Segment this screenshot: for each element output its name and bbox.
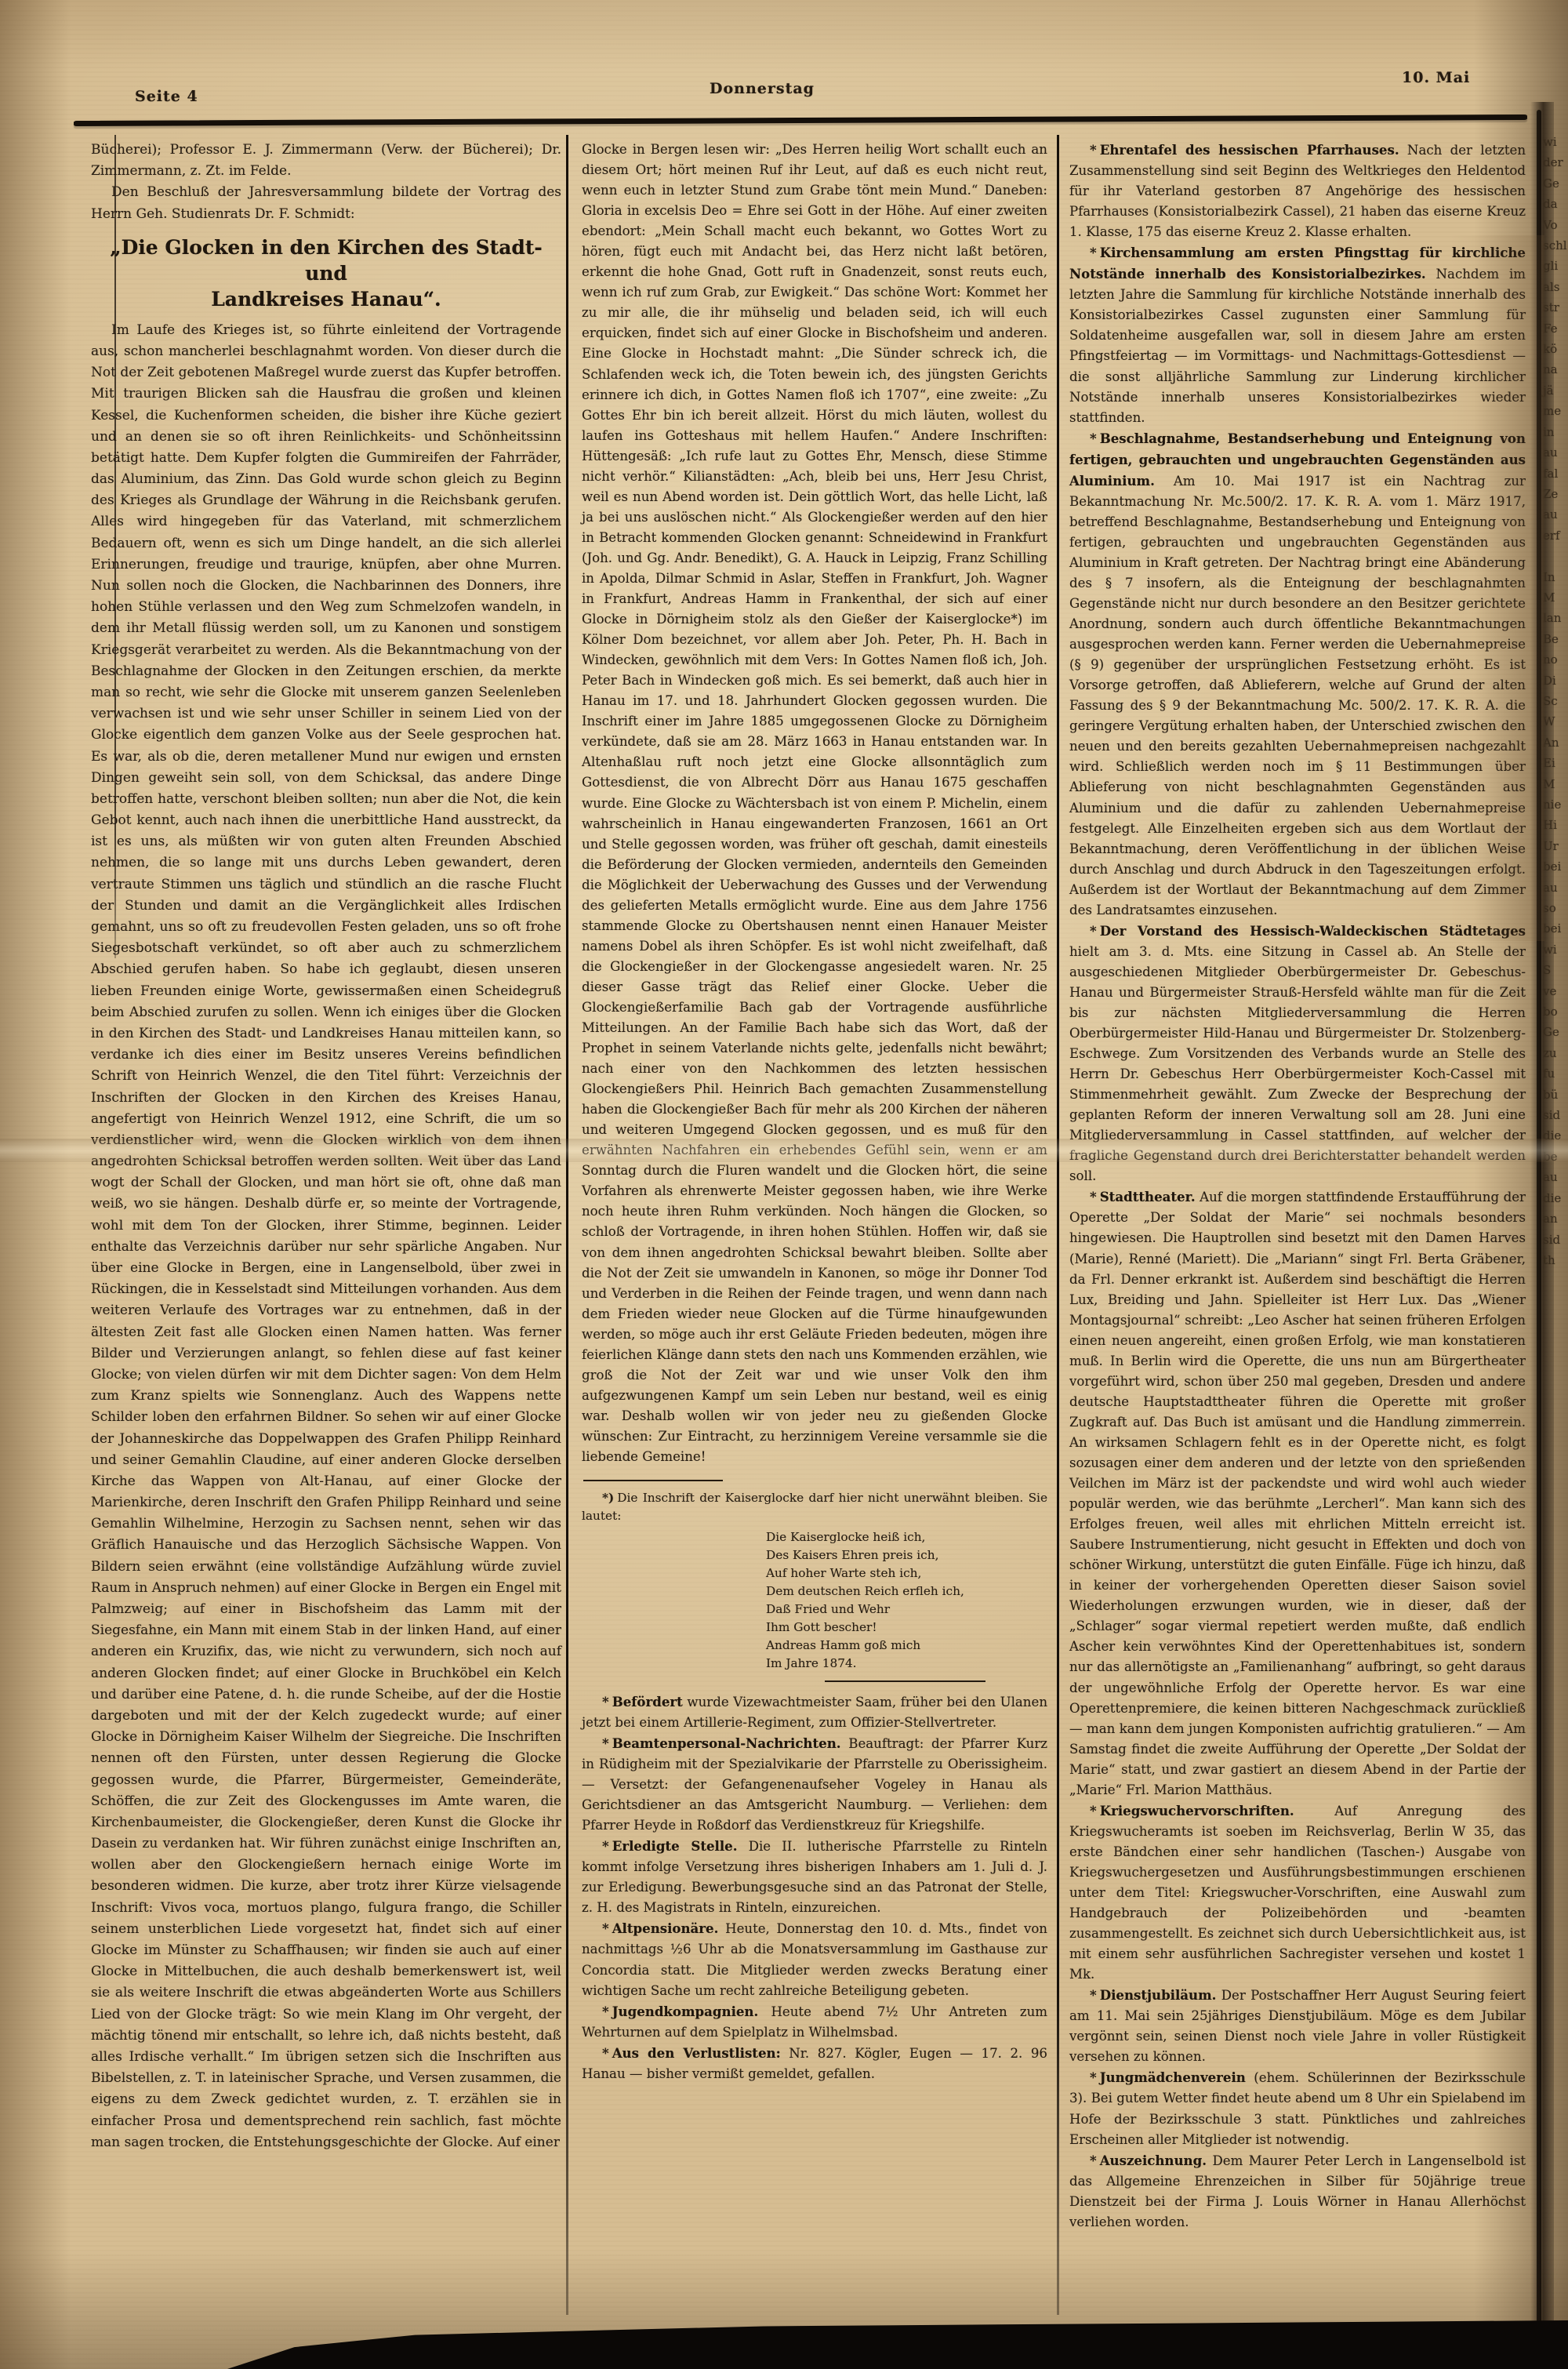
- weekday-label: Donnerstag: [710, 80, 815, 97]
- poem-line: Andreas Hamm goß mich: [766, 1637, 1047, 1655]
- continuation-paragraph: Bücherei); Professor E. J. Zimmermann (V…: [91, 140, 561, 182]
- text-fragment: [1543, 546, 1568, 566]
- item-star-icon: *: [602, 1920, 612, 1936]
- item-star-icon: *: [1090, 245, 1100, 260]
- text-fragment: bo: [1543, 1001, 1568, 1022]
- page-number-label: Seite 4: [135, 88, 198, 105]
- text-fragment: jä: [1543, 380, 1568, 401]
- poem-line: Des Kaisers Ehren preis ich,: [766, 1546, 1047, 1564]
- news-item: *Kriegswuchervorschriften. Auf Anregung …: [1069, 1800, 1526, 1985]
- text-fragment: bü: [1543, 1085, 1568, 1105]
- news-item-title: Aus den Verlustlisten:: [612, 2045, 781, 2061]
- scan-bottom-band: [227, 2320, 1568, 2369]
- text-fragment: au: [1543, 442, 1568, 463]
- text-fragment: wi: [1543, 132, 1568, 152]
- text-fragment: schl: [1543, 235, 1568, 256]
- news-item: *Befördert wurde Vizewachtmeister Saam, …: [582, 1691, 1047, 1733]
- news-items-col2: *Befördert wurde Vizewachtmeister Saam, …: [582, 1691, 1047, 2084]
- column-divider-1: [566, 135, 568, 2315]
- text-fragment: sid: [1543, 1230, 1568, 1250]
- column-3: *Ehrentafel des hessischen Pfarrhauses. …: [1069, 140, 1526, 2233]
- news-item: *Erledigte Stelle. Die II. lutherische P…: [582, 1836, 1047, 1918]
- text-fragment: au: [1543, 877, 1568, 898]
- article-body-part2: Glocke in Bergen lesen wir: „Des Herren …: [582, 140, 1047, 1467]
- text-fragment: au: [1543, 504, 1568, 525]
- text-fragment: Ze: [1543, 484, 1568, 504]
- item-star-icon: *: [1090, 923, 1100, 939]
- item-star-icon: *: [1090, 1189, 1100, 1204]
- text-fragment: str: [1543, 297, 1568, 318]
- news-item-title: Erledigte Stelle.: [612, 1838, 738, 1854]
- news-item: *Beschlagnahme, Bestandserhebung und Ent…: [1069, 428, 1526, 921]
- news-item-title: Befördert: [612, 1694, 683, 1710]
- text-fragment: M: [1543, 774, 1568, 794]
- text-fragment: Fe: [1543, 318, 1568, 339]
- poem-line: Die Kaiserglocke heiß ich,: [766, 1528, 1047, 1546]
- article-headline: „Die Glocken in den Kirchen des Stadt- u…: [96, 234, 557, 312]
- news-item-text: Am 10. Mai 1917 ist ein Nachtrag zur Bek…: [1069, 474, 1526, 917]
- text-fragment: Hi: [1543, 815, 1568, 835]
- news-item-title: Jugendkompagnien.: [612, 2004, 759, 2019]
- text-fragment: An: [1543, 732, 1568, 753]
- text-fragment: na: [1543, 359, 1568, 380]
- text-fragment: die: [1543, 1125, 1568, 1146]
- text-fragment: be: [1543, 1146, 1568, 1167]
- text-fragment: der: [1543, 152, 1568, 173]
- text-fragment: lan: [1543, 608, 1568, 628]
- adjacent-page-text-sliver: widerGedaVoschlglialsstrFekönajämeinaufa…: [1540, 132, 1568, 2139]
- item-star-icon: *: [1090, 142, 1100, 158]
- text-fragment: an: [1543, 1208, 1568, 1229]
- item-star-icon: *: [602, 1838, 612, 1854]
- text-fragment: au: [1543, 1167, 1568, 1187]
- text-fragment: no: [1543, 649, 1568, 670]
- text-fragment: fu: [1543, 1063, 1568, 1084]
- newspaper-page: { "item_marker": "*", "header": { "page_…: [0, 0, 1568, 2369]
- text-fragment: in: [1543, 422, 1568, 442]
- item-star-icon: *: [602, 1694, 612, 1710]
- text-fragment: S: [1543, 960, 1568, 980]
- item-star-icon: *: [602, 1735, 612, 1751]
- text-fragment: nie: [1543, 794, 1568, 815]
- item-star-icon: *: [1090, 1803, 1100, 1819]
- text-fragment: die: [1543, 1188, 1568, 1208]
- item-star-icon: *: [1090, 2153, 1100, 2168]
- news-item-title: Dienstjubiläum.: [1100, 1987, 1217, 2003]
- news-item-text: hielt am 3. d. Mts. eine Sitzung in Cass…: [1069, 944, 1526, 1184]
- footnote-marker: *): [602, 1491, 617, 1505]
- date-label: 10. Mai: [1402, 69, 1470, 86]
- text-fragment: erf: [1543, 525, 1568, 546]
- text-fragment: bei: [1543, 856, 1568, 877]
- item-star-icon: *: [602, 2004, 612, 2019]
- footnote-end-rule: [825, 1680, 985, 1682]
- text-fragment: sid: [1543, 1105, 1568, 1125]
- news-item: *Kirchensammlung am ersten Pfingsttag fü…: [1069, 242, 1526, 427]
- news-item: *Altpensionäre. Heute, Donnerstag den 10…: [582, 1918, 1047, 2000]
- text-fragment: bei: [1543, 918, 1568, 939]
- item-star-icon: *: [1090, 431, 1100, 446]
- news-item-title: Altpensionäre.: [612, 1920, 719, 1936]
- text-fragment: Ei: [1543, 753, 1568, 773]
- news-item-title: Beamtenpersonal-Nachrichten.: [612, 1735, 841, 1751]
- news-item-title: Kriegswuchervorschriften.: [1100, 1803, 1294, 1819]
- news-item-title: Stadttheater.: [1100, 1189, 1196, 1204]
- text-fragment: da: [1543, 194, 1568, 214]
- text-fragment: gli: [1543, 256, 1568, 276]
- item-star-icon: *: [1090, 1987, 1100, 2003]
- text-fragment: als: [1543, 277, 1568, 297]
- poem-line: Daß Fried und Wehr: [766, 1601, 1047, 1619]
- intro-paragraph: Den Beschluß der Jahresversammlung bilde…: [91, 182, 561, 224]
- text-fragment: Vo: [1543, 215, 1568, 235]
- text-fragment: me: [1543, 401, 1568, 421]
- text-fragment: W: [1543, 711, 1568, 732]
- text-fragment: Sc: [1543, 691, 1568, 711]
- text-fragment: ve: [1543, 981, 1568, 1001]
- news-item: *Jugendkompagnien. Heute abend 7½ Uhr An…: [582, 2001, 1047, 2043]
- footnote-intro: *)Die Inschrift der Kaiserglocke darf hi…: [582, 1489, 1047, 1525]
- text-fragment: zu: [1543, 1043, 1568, 1063]
- column-2: Glocke in Bergen lesen wir: „Des Herren …: [582, 140, 1047, 2084]
- text-fragment: so: [1543, 898, 1568, 918]
- item-star-icon: *: [1090, 2069, 1100, 2085]
- footnote-intro-text: Die Inschrift der Kaiserglocke darf hier…: [582, 1491, 1047, 1523]
- item-star-icon: *: [602, 2045, 612, 2061]
- text-fragment: Ge: [1543, 1022, 1568, 1042]
- text-fragment: fal: [1543, 463, 1568, 484]
- poem-line: Auf hoher Warte steh ich,: [766, 1564, 1047, 1582]
- news-item-text: Auf Anregung des Kriegswucheramts ist so…: [1069, 1804, 1526, 1982]
- news-item: *Ehrentafel des hessischen Pfarrhauses. …: [1069, 140, 1526, 242]
- header-rule: [74, 114, 1527, 126]
- news-item-title: Jungmädchenverein: [1100, 2069, 1246, 2085]
- text-fragment: Ur: [1543, 836, 1568, 856]
- news-item: *Aus den Verlustlisten: Nr. 827. Kögler,…: [582, 2043, 1047, 2084]
- news-item-text: Auf die morgen stattfindende Erstaufführ…: [1069, 1190, 1526, 1797]
- news-item: *Beamtenpersonal-Nachrichten. Beauftragt…: [582, 1733, 1047, 1836]
- footnote: *)Die Inschrift der Kaiserglocke darf hi…: [582, 1489, 1047, 1682]
- news-item: *Der Vorstand des Hessisch-Waldeckischen…: [1069, 921, 1526, 1187]
- text-fragment: wi: [1543, 939, 1568, 960]
- news-item-title: Ehrentafel des hessischen Pfarrhauses.: [1100, 142, 1399, 158]
- news-item-text: Nachdem im letzten Jahre die Sammlung fü…: [1069, 267, 1526, 424]
- poem-line: Im Jahre 1874.: [766, 1655, 1047, 1673]
- news-item: *Dienstjubiläum. Der Postschaffner Herr …: [1069, 1985, 1526, 2067]
- article-body-part1: Im Laufe des Krieges ist, so führte einl…: [91, 320, 561, 2153]
- text-fragment: Ge: [1543, 173, 1568, 194]
- text-fragment: kö: [1543, 339, 1568, 359]
- news-item-title: Auszeichnung.: [1100, 2153, 1207, 2168]
- news-item: *Stadttheater. Auf die morgen stattfinde…: [1069, 1186, 1526, 1800]
- poem-line: Dem deutschen Reich erfleh ich,: [766, 1582, 1047, 1601]
- headline-line-1: „Die Glocken in den Kirchen des Stadt- u…: [96, 234, 557, 286]
- column-divider-2: [1057, 135, 1059, 2315]
- text-fragment: Be: [1543, 629, 1568, 649]
- text-fragment: In: [1543, 567, 1568, 587]
- text-fragment: th: [1543, 1250, 1568, 1270]
- text-fragment: Di: [1543, 670, 1568, 691]
- column-1: Bücherei); Professor E. J. Zimmermann (V…: [91, 140, 561, 2153]
- kaiserglocke-poem: Die Kaiserglocke heiß ich,Des Kaisers Eh…: [766, 1528, 1047, 1673]
- headline-line-2: Landkreises Hanau“.: [96, 286, 557, 312]
- news-item: *Jungmädchenverein (ehem. Schülerinnen d…: [1069, 2067, 1526, 2149]
- footnote-rule: [583, 1480, 723, 1481]
- news-item: *Auszeichnung. Dem Maurer Peter Lerch in…: [1069, 2150, 1526, 2233]
- poem-line: Ihm Gott bescher!: [766, 1619, 1047, 1637]
- news-item-title: Der Vorstand des Hessisch-Waldeckischen …: [1100, 923, 1526, 939]
- text-fragment: M: [1543, 587, 1568, 608]
- news-items-col3: *Ehrentafel des hessischen Pfarrhauses. …: [1069, 140, 1526, 2233]
